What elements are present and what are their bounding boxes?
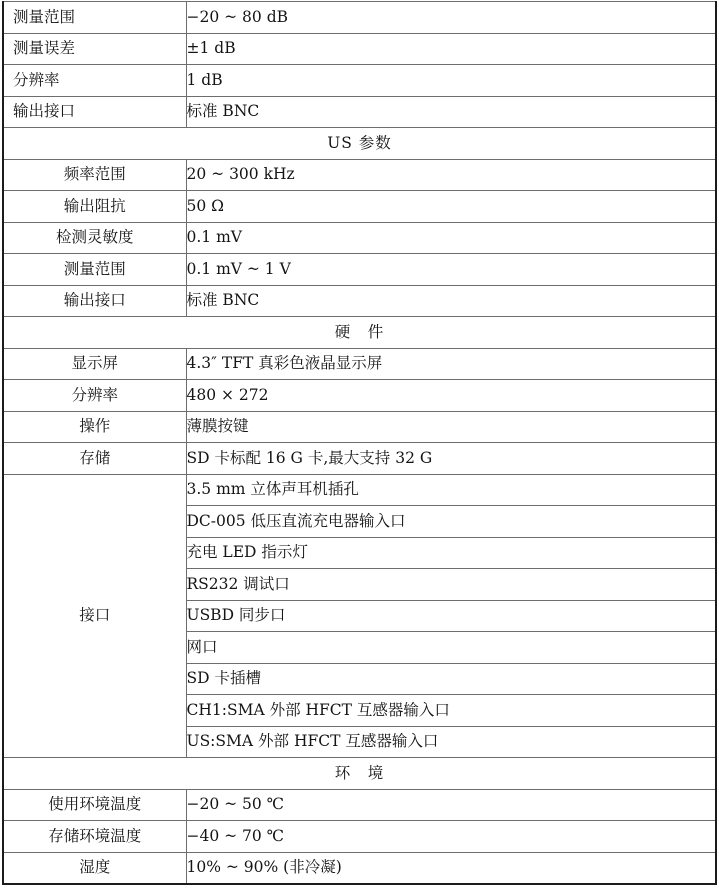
spec-label: 输出接口 [3,285,186,317]
spec-label-merged: 接口 [3,474,186,758]
spec-value: US:SMA 外部 HFCT 互感器输入口 [186,726,716,758]
table-row: 检测灵敏度0.1 mV [3,222,716,254]
spec-value: 20 ~ 300 kHz [186,159,716,191]
spec-label: 操作 [3,411,186,443]
spec-value: SD 卡插槽 [186,663,716,695]
spec-table-body: 测量范围−20 ~ 80 dB测量误差±1 dB分辨率1 dB输出接口标准 BN… [3,2,716,885]
table-row: 湿度10% ~ 90% (非冷凝) [3,852,716,884]
spec-label: 测量范围 [3,254,186,286]
spec-value: CH1:SMA 外部 HFCT 互感器输入口 [186,695,716,727]
spec-label: 测量范围 [3,2,186,34]
table-row: 操作薄膜按键 [3,411,716,443]
table-row: 分辨率480 × 272 [3,380,716,412]
spec-label: 测量误差 [3,33,186,65]
spec-label: 频率范围 [3,159,186,191]
spec-label: 分辨率 [3,65,186,97]
section-row: 环 境 [3,758,716,790]
table-row: 存储SD 卡标配 16 G 卡,最大支持 32 G [3,443,716,475]
spec-value: 10% ~ 90% (非冷凝) [186,852,716,884]
spec-label: 分辨率 [3,380,186,412]
spec-value: 4.3″ TFT 真彩色液晶显示屏 [186,348,716,380]
section-row: 硬 件 [3,317,716,349]
spec-label: 湿度 [3,852,186,884]
table-row: 输出阻抗50 Ω [3,191,716,223]
section-header: 硬 件 [3,317,716,349]
table-row: 测量范围−20 ~ 80 dB [3,2,716,34]
spec-value: −40 ~ 70 ℃ [186,821,716,853]
table-row: 存储环境温度−40 ~ 70 ℃ [3,821,716,853]
spec-label: 输出阻抗 [3,191,186,223]
spec-value: SD 卡标配 16 G 卡,最大支持 32 G [186,443,716,475]
spec-value: 充电 LED 指示灯 [186,537,716,569]
spec-label: 存储环境温度 [3,821,186,853]
table-row: 使用环境温度−20 ~ 50 ℃ [3,789,716,821]
table-row: 分辨率1 dB [3,65,716,97]
spec-value: ±1 dB [186,33,716,65]
spec-value: RS232 调试口 [186,569,716,601]
spec-value: USBD 同步口 [186,600,716,632]
spec-table: 测量范围−20 ~ 80 dB测量误差±1 dB分辨率1 dB输出接口标准 BN… [2,1,717,885]
spec-value: 0.1 mV ~ 1 V [186,254,716,286]
spec-value: −20 ~ 50 ℃ [186,789,716,821]
section-header: US 参数 [3,128,716,160]
spec-value: 薄膜按键 [186,411,716,443]
section-header: 环 境 [3,758,716,790]
spec-value: 480 × 272 [186,380,716,412]
spec-value: 1 dB [186,65,716,97]
table-row: 频率范围20 ~ 300 kHz [3,159,716,191]
spec-value: 标准 BNC [186,285,716,317]
spec-value: 0.1 mV [186,222,716,254]
table-row: 输出接口标准 BNC [3,285,716,317]
spec-value: −20 ~ 80 dB [186,2,716,34]
spec-value: DC-005 低压直流充电器输入口 [186,506,716,538]
spec-value: 网口 [186,632,716,664]
section-row: US 参数 [3,128,716,160]
spec-label: 存储 [3,443,186,475]
table-row: 显示屏4.3″ TFT 真彩色液晶显示屏 [3,348,716,380]
table-row: 测量误差±1 dB [3,33,716,65]
spec-label: 检测灵敏度 [3,222,186,254]
spec-label: 显示屏 [3,348,186,380]
table-row: 测量范围0.1 mV ~ 1 V [3,254,716,286]
spec-document-page: 测量范围−20 ~ 80 dB测量误差±1 dB分辨率1 dB输出接口标准 BN… [0,0,719,888]
table-row: 接口3.5 mm 立体声耳机插孔 [3,474,716,506]
spec-value: 50 Ω [186,191,716,223]
spec-value: 3.5 mm 立体声耳机插孔 [186,474,716,506]
table-row: 输出接口标准 BNC [3,96,716,128]
spec-label: 输出接口 [3,96,186,128]
spec-label: 使用环境温度 [3,789,186,821]
spec-value: 标准 BNC [186,96,716,128]
